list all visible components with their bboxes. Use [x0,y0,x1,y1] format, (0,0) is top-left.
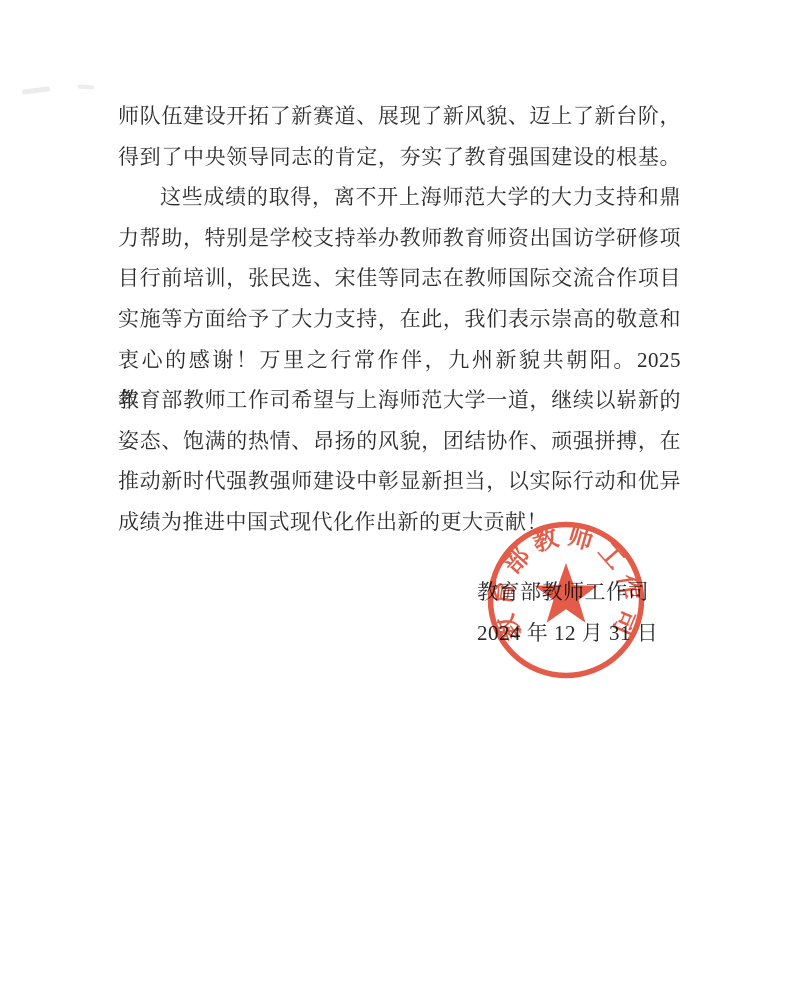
body-line: 推动新时代强教强师建设中彰显新担当，以实际行动和优异 [118,461,681,502]
scan-artifact [22,86,50,94]
body-line: 得到了中央领导同志的肯定，夯实了教育强国建设的根基。 [118,137,681,178]
body-line: 成绩为推进中国式现代化作出新的更大贡献！ [118,502,681,543]
letter-body: 师队伍建设开拓了新赛道、展现了新风貌、迈上了新台阶， 得到了中央领导同志的肯定，… [118,96,681,543]
body-line: 师队伍建设开拓了新赛道、展现了新风貌、迈上了新台阶， [118,96,681,137]
body-line: 教育部教师工作司希望与上海师范大学一道，继续以崭新的 [118,380,681,421]
scan-artifact [78,84,94,89]
signature-date: 2024 年 12 月 31 日 [477,613,658,654]
body-line: 目行前培训，张民选、宋佳等同志在教师国际交流合作项目 [118,258,681,299]
signature-department: 教育部教师工作司 [477,572,658,613]
body-line: 力帮助，特别是学校支持举办教师教育师资出国访学研修项 [118,218,681,259]
body-line: 实施等方面给予了大力支持，在此，我们表示崇高的敬意和 [118,299,681,340]
body-line: 姿态、饱满的热情、昂扬的风貌，团结协作、顽强拼搏，在 [118,421,681,462]
signature-block: 教育部教师工作司 2024 年 12 月 31 日 [477,572,658,654]
body-line: 衷心的感谢！万里之行常作伴，九州新貌共朝阳。2025 年， [118,340,681,381]
scanned-letter-page: 师队伍建设开拓了新赛道、展现了新风貌、迈上了新台阶， 得到了中央领导同志的肯定，… [0,0,799,1003]
body-line: 这些成绩的取得，离不开上海师范大学的大力支持和鼎 [118,177,681,218]
